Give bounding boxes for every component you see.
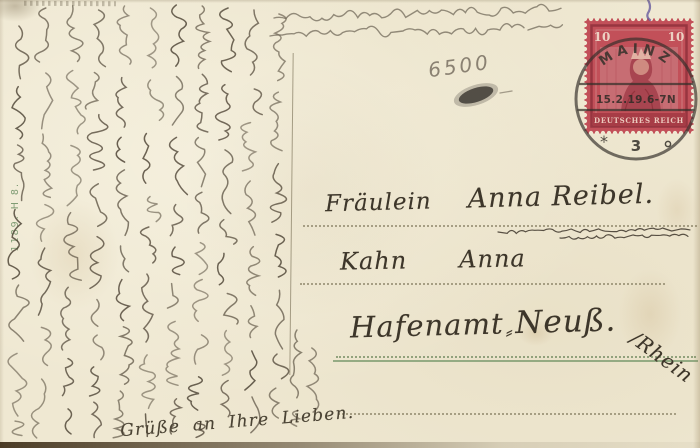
postmark-ring-mark <box>665 141 670 146</box>
postmark-star: * <box>600 132 608 151</box>
ink-smudge <box>451 78 501 111</box>
postmark-date: 15.2.19.6-7N <box>596 94 676 106</box>
postcard: 1189. H 8. 6500 FräuleinAnna Reibel. Kah… <box>0 0 700 448</box>
postmark-zone-number: 3 <box>631 137 641 155</box>
postmark: MAINZ 15.2.19.6-7N * 3 <box>556 28 700 168</box>
